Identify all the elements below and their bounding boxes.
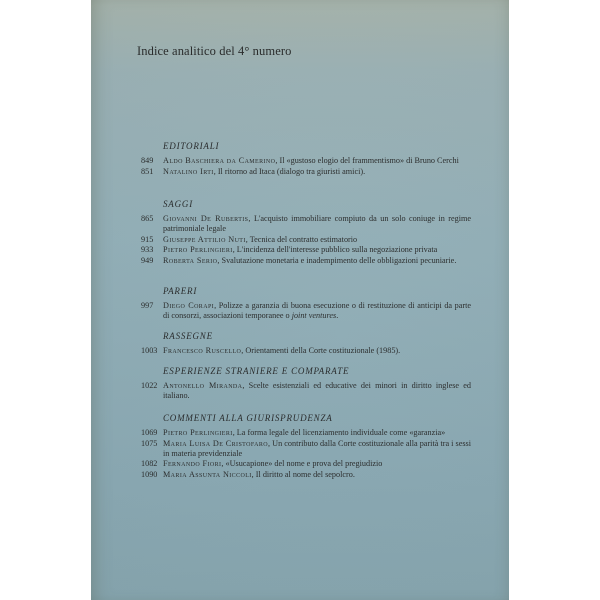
author: Pietro Perlingieri [163,245,233,254]
index-entry: 851 Natalino Irti, Il ritorno ad Itaca (… [141,167,471,177]
index-entry: 1082 Fernando Fiori, «Usucapione» del no… [141,459,471,469]
page-number: 1090 [141,470,163,480]
page-number: 865 [141,214,163,234]
author: Antonello Miranda [163,381,242,390]
index-entry: 849 Aldo Baschiera da Camerino, Il «gust… [141,156,471,166]
author: Francesco Ruscello [163,346,241,355]
entry-title-italic: joint ventures [292,311,337,320]
page-number: 1022 [141,381,163,401]
entry-title: , Il diritto al nome del sepolcro. [252,470,355,479]
entry-title: , Svalutazione monetaria e inadempimento… [217,256,456,265]
index-entry: 1075 Maria Luisa De Cristofaro, Un contr… [141,439,471,459]
index-entry: 997 Diego Corapi, Polizze a garanzia di … [141,301,471,321]
section-heading: PARERI [163,286,471,296]
index-entry: 1003 Francesco Ruscello, Orientamenti de… [141,346,471,356]
page-title: Indice analitico del 4° numero [137,44,291,59]
section-pareri: PARERI 997 Diego Corapi, Polizze a garan… [141,286,471,322]
page-number: 1082 [141,459,163,469]
index-entry: 1069 Pietro Perlingieri, La forma legale… [141,428,471,438]
section-saggi: SAGGI 865 Giovanni De Rubertis, L'acquis… [141,199,471,266]
entry-title-end: . [336,311,338,320]
page-number: 1069 [141,428,163,438]
page-number: 1003 [141,346,163,356]
page-number: 997 [141,301,163,321]
index-entry: 865 Giovanni De Rubertis, L'acquisto imm… [141,214,471,234]
index-entry: 1090 Maria Assunta Niccoli, Il diritto a… [141,470,471,480]
section-commenti: COMMENTI ALLA GIURISPRUDENZA 1069 Pietro… [141,413,471,480]
author: Giuseppe Attilio Nuti [163,235,246,244]
section-heading: SAGGI [163,199,471,209]
author: Maria Luisa De Cristofaro [163,439,268,448]
entry-title: , Tecnica del contratto estimatorio [246,235,357,244]
index-entry: 949 Roberta Serio, Svalutazione monetari… [141,256,471,266]
index-entry: 915 Giuseppe Attilio Nuti, Tecnica del c… [141,235,471,245]
page-number: 851 [141,167,163,177]
section-rassegne: RASSEGNE 1003 Francesco Ruscello, Orient… [141,331,471,357]
page-number: 1075 [141,439,163,459]
author: Pietro Perlingieri [163,428,233,437]
page-number: 915 [141,235,163,245]
section-heading: ESPERIENZE STRANIERE E COMPARATE [163,366,471,376]
entry-title: , Orientamenti della Corte costituzional… [241,346,400,355]
page-number: 949 [141,256,163,266]
author: Maria Assunta Niccoli [163,470,252,479]
entry-title: , «Usucapione» del nome e prova del preg… [221,459,382,468]
author: Roberta Serio [163,256,217,265]
author: Fernando Fiori [163,459,221,468]
section-heading: EDITORIALI [163,141,471,151]
section-esperienze: ESPERIENZE STRANIERE E COMPARATE 1022 An… [141,366,471,402]
author: Diego Corapi [163,301,214,310]
section-editoriali: EDITORIALI 849 Aldo Baschiera da Camerin… [141,141,471,177]
author: Giovanni De Rubertis [163,214,248,223]
index-entry: 1022 Antonello Miranda, Scelte esistenzi… [141,381,471,401]
section-heading: RASSEGNE [163,331,471,341]
index-entry: 933 Pietro Perlingieri, L'incidenza dell… [141,245,471,255]
document-page: Indice analitico del 4° numero EDITORIAL… [91,0,509,600]
author: Aldo Baschiera da Camerino [163,156,275,165]
page-number: 933 [141,245,163,255]
entry-title: , La forma legale del licenziamento indi… [233,428,446,437]
author: Natalino Irti [163,167,214,176]
entry-title: , L'incidenza dell'interesse pubblico su… [233,245,438,254]
entry-title: , Il ritorno ad Itaca (dialogo tra giuri… [214,167,365,176]
entry-title: , Il «gustoso elogio del frammentismo» d… [275,156,459,165]
page-number: 849 [141,156,163,166]
section-heading: COMMENTI ALLA GIURISPRUDENZA [163,413,471,423]
